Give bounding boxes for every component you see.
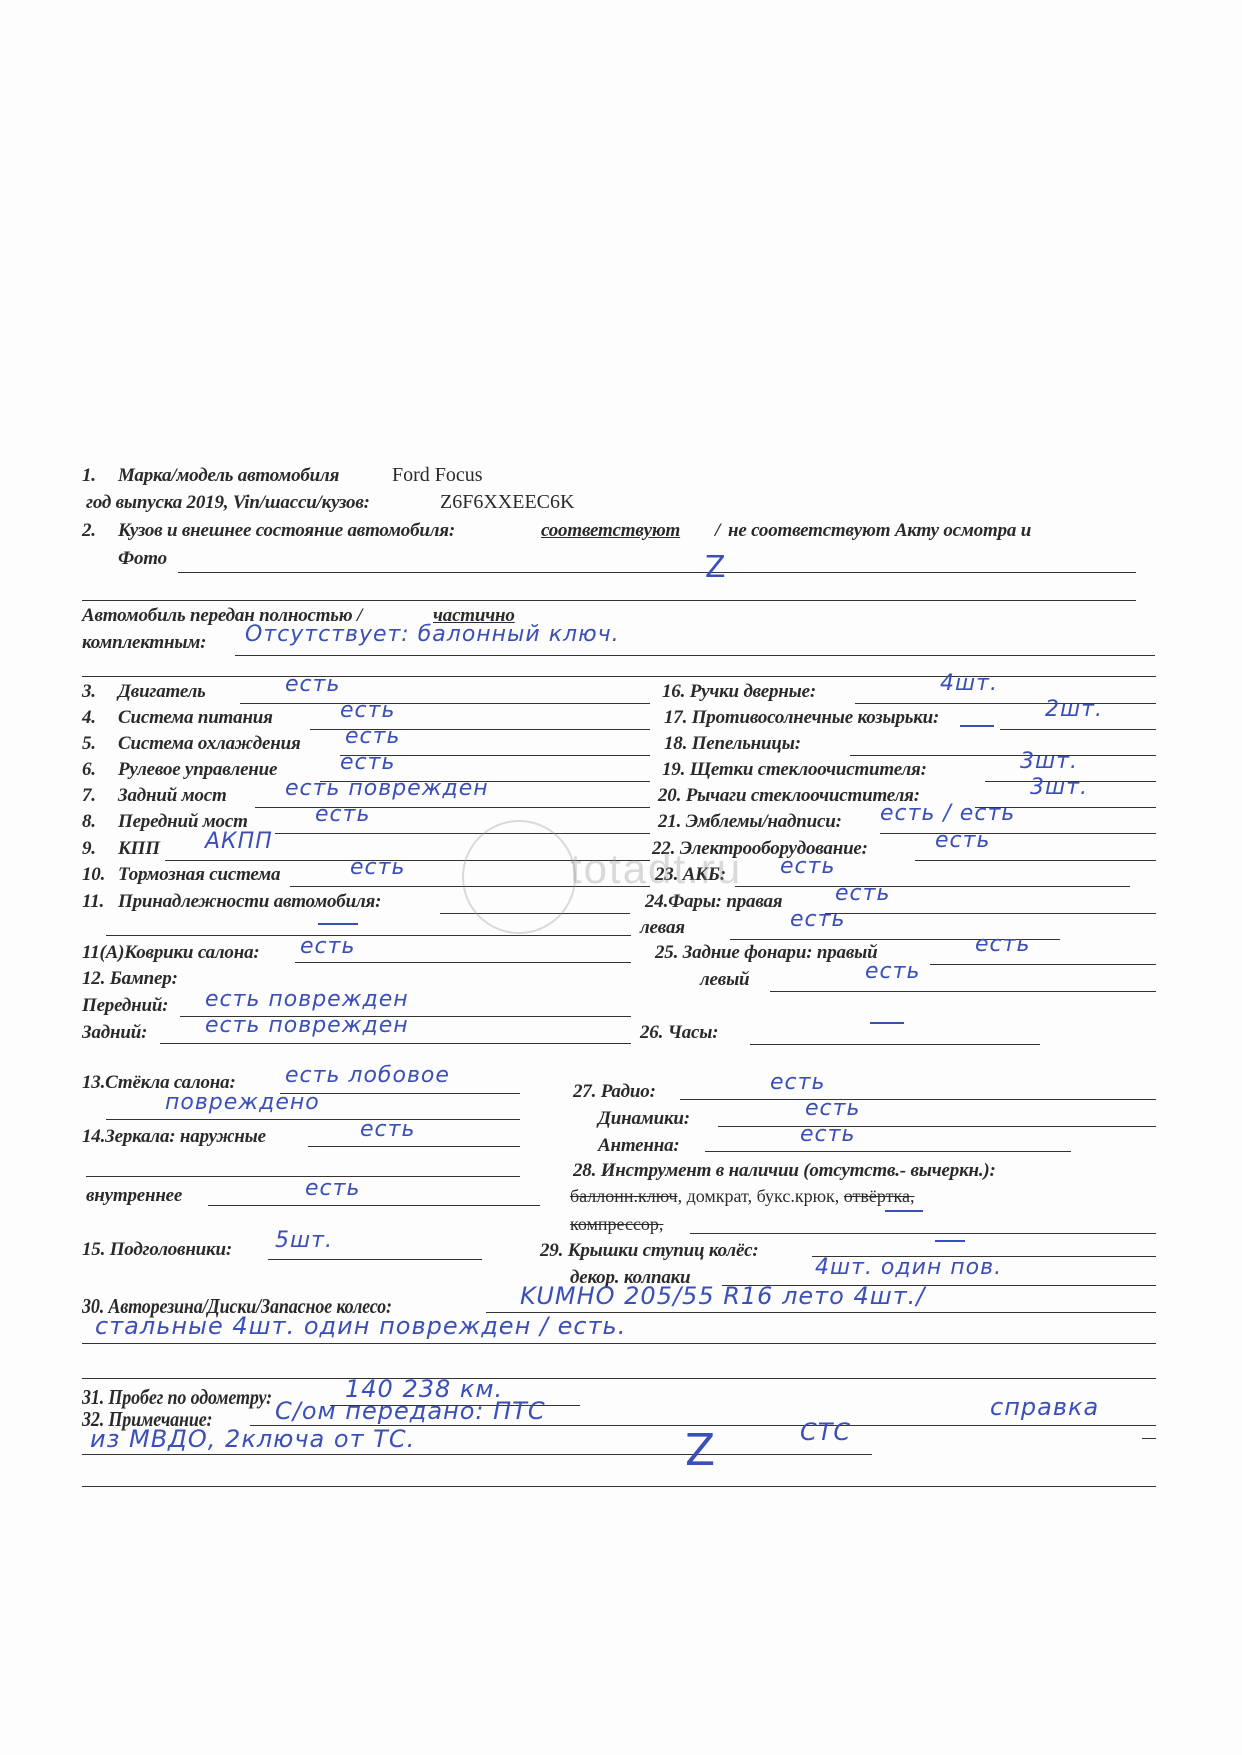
tools-dash — [885, 1210, 923, 1212]
right-item-label: левая — [640, 917, 685, 939]
watermark-logo-icon — [462, 820, 576, 934]
tool-compressor: компрессор, — [570, 1214, 663, 1234]
left-item-number: 10. — [82, 864, 105, 886]
mats-label: 11(А)Коврики салона: — [82, 942, 260, 964]
mats-line — [295, 962, 631, 963]
mirrors-outer-line — [308, 1146, 520, 1147]
right-item-label: 17. Противосолнечные козырьки: — [664, 707, 939, 729]
notes-dash — [1142, 1438, 1156, 1439]
year-vin-label: год выпуска 2019, Vin/шасси/кузов: — [86, 492, 370, 514]
right-item-value: есть — [790, 907, 845, 932]
headrests-line — [268, 1259, 482, 1260]
right-item-label: 26. Часы: — [640, 1022, 718, 1044]
left-item-number: 3. — [82, 681, 96, 703]
antenna-value: есть — [800, 1122, 855, 1147]
left-item-label: Двигатель — [118, 681, 206, 703]
right-item-value: 3шт. — [1030, 775, 1088, 800]
tool-screwdriver: отвёртка, — [844, 1186, 915, 1206]
photo-mark: Z — [705, 550, 726, 585]
completeness-line — [235, 655, 1155, 656]
right-item-line — [930, 964, 1156, 965]
notes-line-3 — [82, 1486, 1156, 1487]
left-item-value: есть — [350, 855, 405, 880]
left-item-number: 8. — [82, 811, 96, 833]
tools-label: 28. Инструмент в наличии (отсутств.- выч… — [573, 1160, 996, 1182]
right-item-label: левый — [700, 969, 749, 991]
left-item-line — [240, 703, 650, 704]
right-item-value: 4шт. — [940, 671, 998, 696]
bumper-rear-line — [160, 1043, 631, 1044]
left-item-value: есть — [345, 724, 400, 749]
bumper-rear-value: есть поврежден — [205, 1013, 409, 1038]
left-item-label: Тормозная система — [118, 864, 280, 886]
headrests-label: 15. Подголовники: — [82, 1239, 232, 1261]
photo-line — [178, 572, 1136, 573]
right-item-dash — [960, 725, 994, 727]
accessories-line-2 — [106, 935, 631, 936]
bumper-rear-label: Задний: — [82, 1022, 147, 1044]
glass-value-line1: есть лобовое — [285, 1063, 450, 1088]
section2-label-end: не соответствуют Акту осмотра и — [728, 520, 1031, 542]
notes-value-line2: из МВДО, 2ключа от ТС. — [90, 1425, 415, 1453]
mirrors-label: 14.Зеркала: наружные — [82, 1126, 266, 1148]
right-item-value: 3шт. — [1020, 749, 1078, 774]
tools-line — [690, 1233, 1156, 1234]
mirrors-inner-line — [208, 1205, 540, 1206]
right-item-value: есть — [780, 854, 835, 879]
vin-value: Z6F6XXEEC6K — [440, 491, 574, 514]
speakers-value: есть — [805, 1096, 860, 1121]
left-item-label: Задний мост — [118, 785, 227, 807]
section1-number: 1. — [82, 465, 96, 487]
left-item-number: 5. — [82, 733, 96, 755]
left-item-dash — [318, 923, 358, 925]
hubcaps-label: 29. Крышки ступиц колёс: — [540, 1240, 759, 1262]
right-item-line — [825, 913, 1156, 914]
glass-line-2 — [106, 1119, 520, 1120]
car-model-value: Ford Focus — [392, 464, 483, 487]
tool-lug-wrench: баллонн.ключ — [570, 1186, 678, 1206]
left-item-label: Принадлежности автомобиля: — [118, 891, 381, 913]
left-item-label: Рулевое управление — [118, 759, 277, 781]
tool-jack-towhook: , домкрат, букс.крюк, — [678, 1186, 844, 1206]
left-item-number: 6. — [82, 759, 96, 781]
notes-value-line1-right: справка — [990, 1393, 1099, 1421]
right-item-label: 24.Фары: правая — [645, 891, 782, 913]
right-item-line — [880, 833, 1156, 834]
left-item-value: есть — [340, 750, 395, 775]
left-item-number: 9. — [82, 838, 96, 860]
left-item-value: есть — [340, 698, 395, 723]
antenna-label: Антенна: — [598, 1135, 680, 1157]
mirrors-blank-line — [86, 1176, 520, 1177]
left-item-value: есть — [285, 672, 340, 697]
section1-label: Марка/модель автомобиля — [118, 465, 339, 487]
left-item-line — [275, 833, 650, 834]
right-item-value: есть / есть — [880, 801, 1015, 826]
left-item-value: есть — [315, 802, 370, 827]
bumper-front-label: Передний: — [82, 995, 168, 1017]
radio-line — [680, 1099, 1156, 1100]
section2-number: 2. — [82, 520, 96, 542]
notes-line-2 — [82, 1454, 872, 1455]
hubcaps-value — [935, 1240, 965, 1242]
right-item-label: 21. Эмблемы/надписи: — [658, 811, 842, 833]
notes-mark: Z — [685, 1425, 715, 1476]
left-item-number: 7. — [82, 785, 96, 807]
left-item-number: 11. — [82, 891, 104, 913]
left-item-label: Система питания — [118, 707, 273, 729]
right-item-line — [915, 860, 1156, 861]
inspection-form-page: 1. Марка/модель автомобиля Ford Focus го… — [0, 0, 1242, 1755]
right-item-line — [850, 755, 1156, 756]
radio-value: есть — [770, 1070, 825, 1095]
left-item-value: АКПП — [205, 829, 273, 854]
missing-items-value: Отсутствует: балонный ключ. — [245, 622, 620, 647]
bumper-front-value: есть поврежден — [205, 987, 409, 1012]
section2-option-selected: соответствуют — [541, 520, 680, 542]
tires-value-line2: стальные 4шт. один поврежден / есть. — [95, 1312, 626, 1340]
left-item-label: Система охлаждения — [118, 733, 301, 755]
right-item-line — [855, 703, 1156, 704]
right-item-value: есть — [865, 959, 920, 984]
mirrors-inner-value: есть — [305, 1176, 360, 1201]
section2-separator: / — [715, 520, 720, 542]
decor-value: 4шт. один пов. — [815, 1255, 1002, 1280]
headrests-value: 5шт. — [275, 1228, 333, 1253]
watermark-text: totadt.ru — [570, 845, 742, 893]
mirrors-inner-label: внутреннее — [86, 1185, 182, 1207]
speakers-label: Динамики: — [598, 1108, 690, 1130]
right-item-value: есть — [975, 932, 1030, 957]
right-item-label: 25. Задние фонари: правый — [655, 942, 878, 964]
right-item-line — [750, 1044, 1040, 1045]
tires-line-2 — [82, 1343, 1156, 1344]
left-item-value: есть поврежден — [285, 776, 489, 801]
tires-value-line1: KUMHO 205/55 R16 лето 4шт./ — [520, 1282, 925, 1310]
photo-label: Фото — [118, 548, 167, 570]
notes-value-line2-right: СТС — [800, 1418, 851, 1446]
right-item-value: 2шт. — [1045, 697, 1103, 722]
right-item-value: есть — [935, 828, 990, 853]
right-item-value: есть — [835, 881, 890, 906]
right-item-label: 16. Ручки дверные: — [662, 681, 816, 703]
mats-value: есть — [300, 934, 355, 959]
right-item-label: 19. Щетки стеклоочистителя: — [662, 759, 927, 781]
right-item-line — [735, 886, 1130, 887]
left-item-number: 4. — [82, 707, 96, 729]
bumper-label: 12. Бампер: — [82, 968, 178, 990]
tires-line-3 — [82, 1378, 1156, 1379]
antenna-line — [705, 1151, 1071, 1152]
right-item-line — [1000, 729, 1156, 730]
notes-value-line1: С/ом передано: ПТС — [275, 1397, 546, 1425]
right-item-line — [770, 991, 1156, 992]
tools-line-2: компрессор, — [570, 1214, 663, 1235]
completeness-label-2: комплектным: — [82, 632, 206, 654]
blank-line — [82, 600, 1136, 601]
right-item-label: 18. Пепельницы: — [664, 733, 801, 755]
section2-label-start: Кузов и внешнее состояние автомобиля: — [118, 520, 455, 542]
tools-line-1: баллонн.ключ, домкрат, букс.крюк, отвёрт… — [570, 1186, 914, 1207]
mirrors-outer-value: есть — [360, 1117, 415, 1142]
radio-label: 27. Радио: — [573, 1081, 656, 1103]
right-item-dash — [870, 1022, 904, 1024]
speakers-line — [718, 1126, 1156, 1127]
left-item-label: КПП — [118, 838, 160, 860]
glass-value-line2: повреждено — [165, 1090, 320, 1115]
